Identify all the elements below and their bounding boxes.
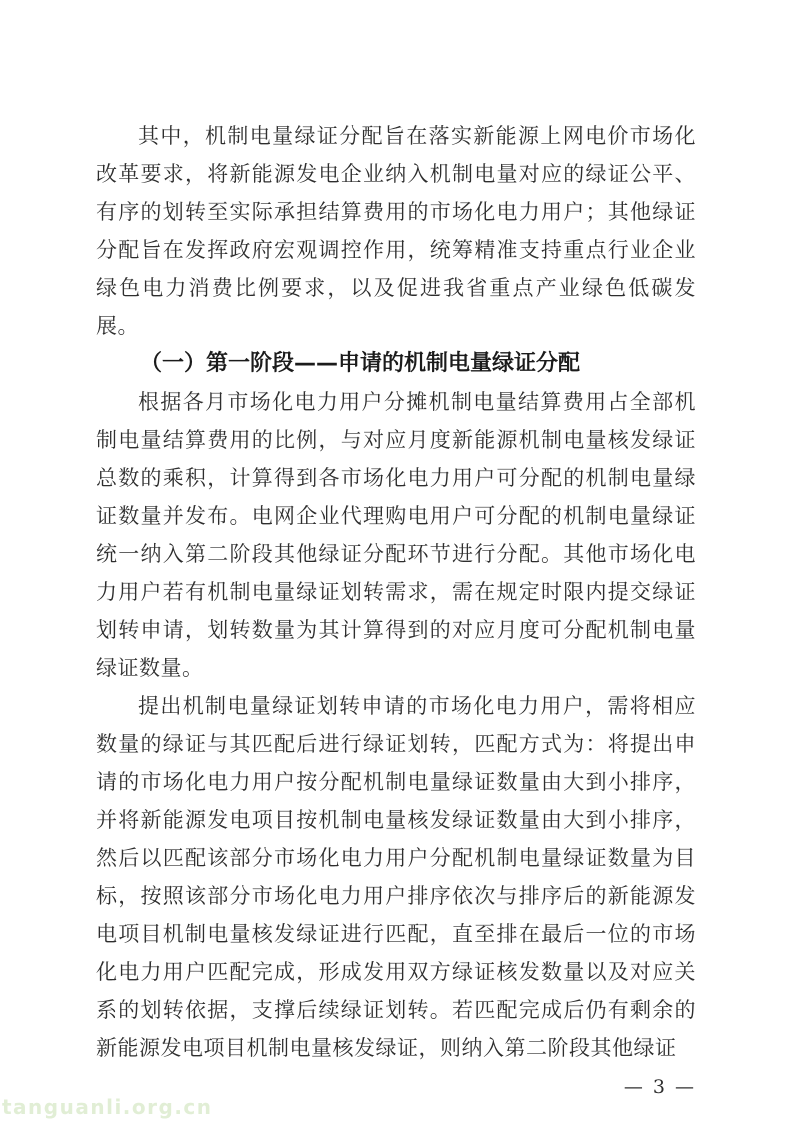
document-page: 其中，机制电量绿证分配旨在落实新能源上网电价市场化改革要求，将新能源发电企业纳入…: [0, 0, 793, 1122]
paragraph-stage-one-allocation-rule: 根据各月市场化电力用户分摊机制电量结算费用占全部机制电量结算费用的比例，与对应月…: [96, 383, 696, 687]
paragraph-stage-one-matching-rule: 提出机制电量绿证划转申请的市场化电力用户，需将相应数量的绿证与其匹配后进行绿证划…: [96, 687, 696, 1067]
section-heading-stage-one: （一）第一阶段——申请的机制电量绿证分配: [96, 345, 696, 383]
paragraph-green-cert-allocation-overview: 其中，机制电量绿证分配旨在落实新能源上网电价市场化改革要求，将新能源发电企业纳入…: [96, 117, 696, 345]
document-body: 其中，机制电量绿证分配旨在落实新能源上网电价市场化改革要求，将新能源发电企业纳入…: [96, 117, 696, 1098]
watermark-site-name: tanguanli.org.cn: [2, 1095, 213, 1119]
